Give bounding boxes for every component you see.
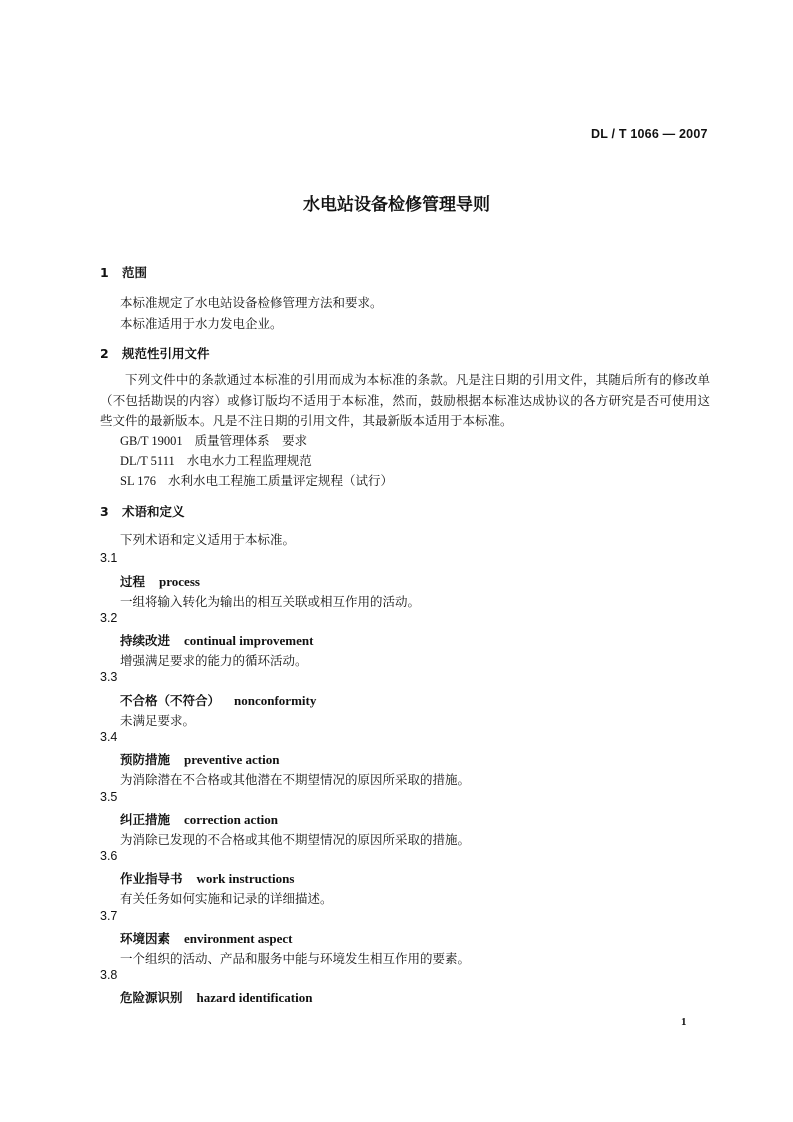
term-zh: 纠正措施 [120,812,170,827]
term-zh: 作业指导书 [120,871,183,886]
reference-item: SL 176水利水电工程施工质量评定规程（试行） [120,471,393,489]
document-title: 水电站设备检修管理导则 [0,190,793,215]
section-2-heading: 2规范性引用文件 [100,344,210,362]
term-definition: 为消除已发现的不合格或其他不期望情况的原因所采取的措施。 [120,830,470,848]
term-definition: 一组将输入转化为输出的相互关联或相互作用的活动。 [120,592,420,610]
term-definition: 未满足要求。 [120,711,195,729]
term-name: 纠正措施correction action [120,810,278,828]
term-number: 3.1 [100,551,117,565]
term-en: hazard identification [197,990,313,1005]
term-zh: 预防措施 [120,752,170,767]
term-number: 3.4 [100,730,117,744]
term-zh: 持续改进 [120,633,170,648]
scope-paragraph-2: 本标准适用于水力发电企业。 [120,314,283,332]
term-zh: 环境因素 [120,931,170,946]
term-zh: 危险源识别 [120,990,183,1005]
term-name: 不合格（不符合）nonconformity [120,691,316,709]
term-definition: 有关任务如何实施和记录的详细描述。 [120,889,333,907]
section-title: 规范性引用文件 [122,346,210,361]
section-number: 3 [100,504,122,519]
section-title: 范围 [122,265,147,280]
term-en: correction action [184,812,278,827]
term-definition: 增强满足要求的能力的循环活动。 [120,651,308,669]
reference-code: DL/T 5111 [120,454,175,468]
term-number: 3.5 [100,790,117,804]
term-en: nonconformity [234,693,316,708]
scope-paragraph-1: 本标准规定了水电站设备检修管理方法和要求。 [120,293,383,311]
section-3-heading: 3术语和定义 [100,502,185,520]
term-zh: 不合格（不符合） [120,693,220,708]
term-en: continual improvement [184,633,313,648]
term-name: 环境因素environment aspect [120,929,292,947]
term-name: 预防措施preventive action [120,750,279,768]
reference-title: 水电水力工程监理规范 [187,453,312,468]
term-number: 3.8 [100,968,117,982]
section-title: 术语和定义 [122,504,185,519]
term-name: 作业指导书work instructions [120,869,294,887]
terms-intro: 下列术语和定义适用于本标准。 [120,530,295,548]
reference-item: DL/T 5111水电水力工程监理规范 [120,451,312,469]
term-zh: 过程 [120,574,145,589]
term-definition: 为消除潜在不合格或其他潜在不期望情况的原因所采取的措施。 [120,770,470,788]
term-definition: 一个组织的活动、产品和服务中能与环境发生相互作用的要素。 [120,949,470,967]
term-name: 持续改进continual improvement [120,631,313,649]
standard-code: DL / T 1066 — 2007 [591,127,708,141]
reference-code: SL 176 [120,474,156,488]
term-number: 3.2 [100,611,117,625]
term-number: 3.3 [100,670,117,684]
term-number: 3.7 [100,909,117,923]
reference-code: GB/T 19001 [120,434,183,448]
section-number: 2 [100,346,122,361]
term-en: environment aspect [184,931,292,946]
normative-references-paragraph: 下列文件中的条款通过本标准的引用而成为本标准的条款。凡是注日期的引用文件，其随后… [100,370,710,432]
section-1-heading: 1范围 [100,263,147,281]
term-name: 危险源识别hazard identification [120,988,312,1006]
term-en: process [159,574,200,589]
term-number: 3.6 [100,849,117,863]
term-name: 过程process [120,572,200,590]
reference-item: GB/T 19001质量管理体系 要求 [120,431,307,449]
reference-title: 水利水电工程施工质量评定规程（试行） [168,473,393,488]
term-en: work instructions [197,871,295,886]
term-en: preventive action [184,752,279,767]
reference-title: 质量管理体系 要求 [195,433,308,448]
page-number: 1 [681,1016,687,1028]
section-number: 1 [100,265,122,280]
